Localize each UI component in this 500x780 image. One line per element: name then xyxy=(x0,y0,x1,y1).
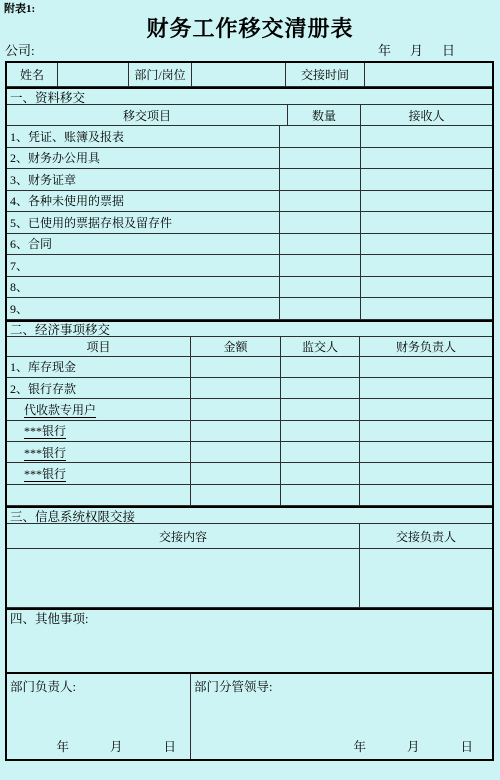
month-label: 月 xyxy=(110,737,123,755)
row-label: 7、 xyxy=(7,255,280,276)
supervisor-cell[interactable] xyxy=(281,442,360,462)
table-row: ***银行 xyxy=(7,463,492,484)
finance-manager-cell[interactable] xyxy=(360,442,492,462)
quantity-cell[interactable] xyxy=(280,126,361,147)
supervisor-cell[interactable] xyxy=(281,399,360,419)
section4-body-row xyxy=(7,626,492,672)
finance-manager-cell[interactable] xyxy=(360,463,492,483)
dept-leader-label: 部门分管领导: xyxy=(191,674,492,695)
month-label: 月 xyxy=(410,43,423,58)
section3-body-row xyxy=(7,549,492,608)
year-label: 年 xyxy=(378,43,391,58)
recipient-cell[interactable] xyxy=(361,126,492,147)
company-line: 公司: 年 月 日 xyxy=(0,43,500,58)
finance-manager-cell[interactable] xyxy=(360,421,492,441)
quantity-cell[interactable] xyxy=(280,255,361,276)
underlined-label: ***银行 xyxy=(24,444,66,461)
row-label xyxy=(7,485,191,505)
day-label: 日 xyxy=(163,737,176,755)
signature-row: 部门负责人: 年 月 日 部门分管领导: 年 月 日 xyxy=(7,672,492,759)
finance-manager-cell[interactable] xyxy=(360,399,492,419)
amount-cell[interactable] xyxy=(191,378,281,398)
recipient-cell[interactable] xyxy=(361,191,492,212)
table-row: 1、凭证、账簿及报表 xyxy=(7,126,492,148)
recipient-cell[interactable] xyxy=(361,298,492,319)
amount-cell[interactable] xyxy=(191,421,281,441)
row-label: 2、银行存款 xyxy=(7,378,191,398)
row-label: 1、凭证、账簿及报表 xyxy=(7,126,280,147)
quantity-cell[interactable] xyxy=(280,148,361,169)
section2-title-row: 二、经济事项移交 xyxy=(7,320,492,337)
quantity-cell[interactable] xyxy=(280,298,361,319)
dept-value-cell[interactable] xyxy=(192,63,286,86)
row-label: 8、 xyxy=(7,277,280,298)
row-label: ***银行 xyxy=(7,421,191,441)
table-row: 1、库存现金 xyxy=(7,357,492,378)
section3-title-row: 三、信息系统权限交接 xyxy=(7,506,492,524)
row-label: 6、合同 xyxy=(7,234,280,255)
col-header-handover-manager: 交接负责人 xyxy=(360,524,492,548)
row-label: 2、财务办公用具 xyxy=(7,148,280,169)
amount-cell[interactable] xyxy=(191,463,281,483)
underlined-label: ***银行 xyxy=(24,465,66,482)
row-label: 代收款专用户 xyxy=(7,399,191,419)
recipient-cell[interactable] xyxy=(361,255,492,276)
recipient-cell[interactable] xyxy=(361,212,492,233)
row-label: 1、库存现金 xyxy=(7,357,191,377)
underlined-label: 代收款专用户 xyxy=(24,401,96,418)
sign-date-right: 年 月 日 xyxy=(191,737,492,759)
time-label: 交接时间 xyxy=(286,63,365,86)
sign-date-left: 年 月 日 xyxy=(7,737,190,759)
recipient-cell[interactable] xyxy=(361,234,492,255)
section4-title-row: 四、其他事项: xyxy=(7,608,492,626)
table-row: 2、财务办公用具 xyxy=(7,148,492,170)
table-row: ***银行 xyxy=(7,421,492,442)
dept-leader-sign-cell[interactable]: 部门分管领导: 年 月 日 xyxy=(191,674,492,759)
attachment-label: 附表1: xyxy=(0,0,500,16)
row-label: ***银行 xyxy=(7,463,191,483)
finance-manager-cell[interactable] xyxy=(360,485,492,505)
col-header-quantity: 数量 xyxy=(288,105,361,125)
row-label: 5、已使用的票据存根及留存件 xyxy=(7,212,280,233)
section3-title: 三、信息系统权限交接 xyxy=(7,508,492,523)
col-header-handover-content: 交接内容 xyxy=(7,524,360,548)
col-header-finance-manager: 财务负责人 xyxy=(360,337,492,356)
year-label: 年 xyxy=(353,737,366,755)
table-row: 5、已使用的票据存根及留存件 xyxy=(7,212,492,234)
quantity-cell[interactable] xyxy=(280,212,361,233)
table-row: 3、财务证章 xyxy=(7,169,492,191)
time-value-cell[interactable] xyxy=(365,63,492,86)
name-label: 姓名 xyxy=(7,63,58,86)
handover-content-cell[interactable] xyxy=(7,549,360,607)
table-row: ***银行 xyxy=(7,442,492,463)
col-header-supervisor: 监交人 xyxy=(281,337,360,356)
row-label: 4、各种未使用的票据 xyxy=(7,191,280,212)
header-date-line: 年 月 日 xyxy=(378,43,455,58)
handover-table: 姓名 部门/岗位 交接时间 一、资料移交 移交项目 数量 接收人 1、凭证、账簿… xyxy=(5,61,494,761)
row-label: ***银行 xyxy=(7,442,191,462)
amount-cell[interactable] xyxy=(191,442,281,462)
company-label: 公司: xyxy=(0,43,35,58)
col-header-item: 移交项目 xyxy=(7,105,288,125)
financial-handover-form: 附表1: 财务工作移交清册表 公司: 年 月 日 姓名 部门/岗位 交接时间 一… xyxy=(0,0,500,761)
supervisor-cell[interactable] xyxy=(281,463,360,483)
quantity-cell[interactable] xyxy=(280,191,361,212)
table-row: 6、合同 xyxy=(7,234,492,256)
row-label: 3、财务证章 xyxy=(7,169,280,190)
dept-label: 部门/岗位 xyxy=(129,63,192,86)
info-row: 姓名 部门/岗位 交接时间 xyxy=(7,63,492,87)
row-label: 9、 xyxy=(7,298,280,319)
supervisor-cell[interactable] xyxy=(281,421,360,441)
page-title: 财务工作移交清册表 xyxy=(0,17,500,41)
section2-title: 二、经济事项移交 xyxy=(7,322,492,336)
recipient-cell[interactable] xyxy=(361,277,492,298)
dept-manager-sign-cell[interactable]: 部门负责人: 年 月 日 xyxy=(7,674,191,759)
section1-header-row: 移交项目 数量 接收人 xyxy=(7,105,492,126)
other-matters-cell[interactable] xyxy=(7,626,492,672)
finance-manager-cell[interactable] xyxy=(360,357,492,377)
recipient-cell[interactable] xyxy=(361,148,492,169)
month-label: 月 xyxy=(407,737,420,755)
table-row: 4、各种未使用的票据 xyxy=(7,191,492,213)
table-row: 7、 xyxy=(7,255,492,277)
section3-header-row: 交接内容 交接负责人 xyxy=(7,524,492,549)
section1-title-row: 一、资料移交 xyxy=(7,87,492,105)
amount-cell[interactable] xyxy=(191,357,281,377)
supervisor-cell[interactable] xyxy=(281,378,360,398)
quantity-cell[interactable] xyxy=(280,277,361,298)
table-row xyxy=(7,485,492,506)
name-value-cell[interactable] xyxy=(58,63,129,86)
quantity-cell[interactable] xyxy=(280,169,361,190)
table-row: 8、 xyxy=(7,277,492,299)
section4-title: 四、其他事项: xyxy=(7,610,492,626)
supervisor-cell[interactable] xyxy=(281,357,360,377)
dept-manager-label: 部门负责人: xyxy=(7,674,190,695)
underlined-label: ***银行 xyxy=(24,422,66,439)
quantity-cell[interactable] xyxy=(280,234,361,255)
section2-header-row: 项目 金额 监交人 财务负责人 xyxy=(7,337,492,357)
supervisor-cell[interactable] xyxy=(281,485,360,505)
col-header-amount: 金额 xyxy=(191,337,281,356)
section1-title: 一、资料移交 xyxy=(7,89,492,104)
table-row: 代收款专用户 xyxy=(7,399,492,420)
col-header-item: 项目 xyxy=(7,337,191,356)
day-label: 日 xyxy=(442,43,455,58)
finance-manager-cell[interactable] xyxy=(360,378,492,398)
amount-cell[interactable] xyxy=(191,485,281,505)
handover-manager-cell[interactable] xyxy=(360,549,492,607)
recipient-cell[interactable] xyxy=(361,169,492,190)
day-label: 日 xyxy=(460,737,473,755)
col-header-recipient: 接收人 xyxy=(361,105,492,125)
table-row: 2、银行存款 xyxy=(7,378,492,399)
amount-cell[interactable] xyxy=(191,399,281,419)
year-label: 年 xyxy=(56,737,69,755)
table-row: 9、 xyxy=(7,298,492,320)
